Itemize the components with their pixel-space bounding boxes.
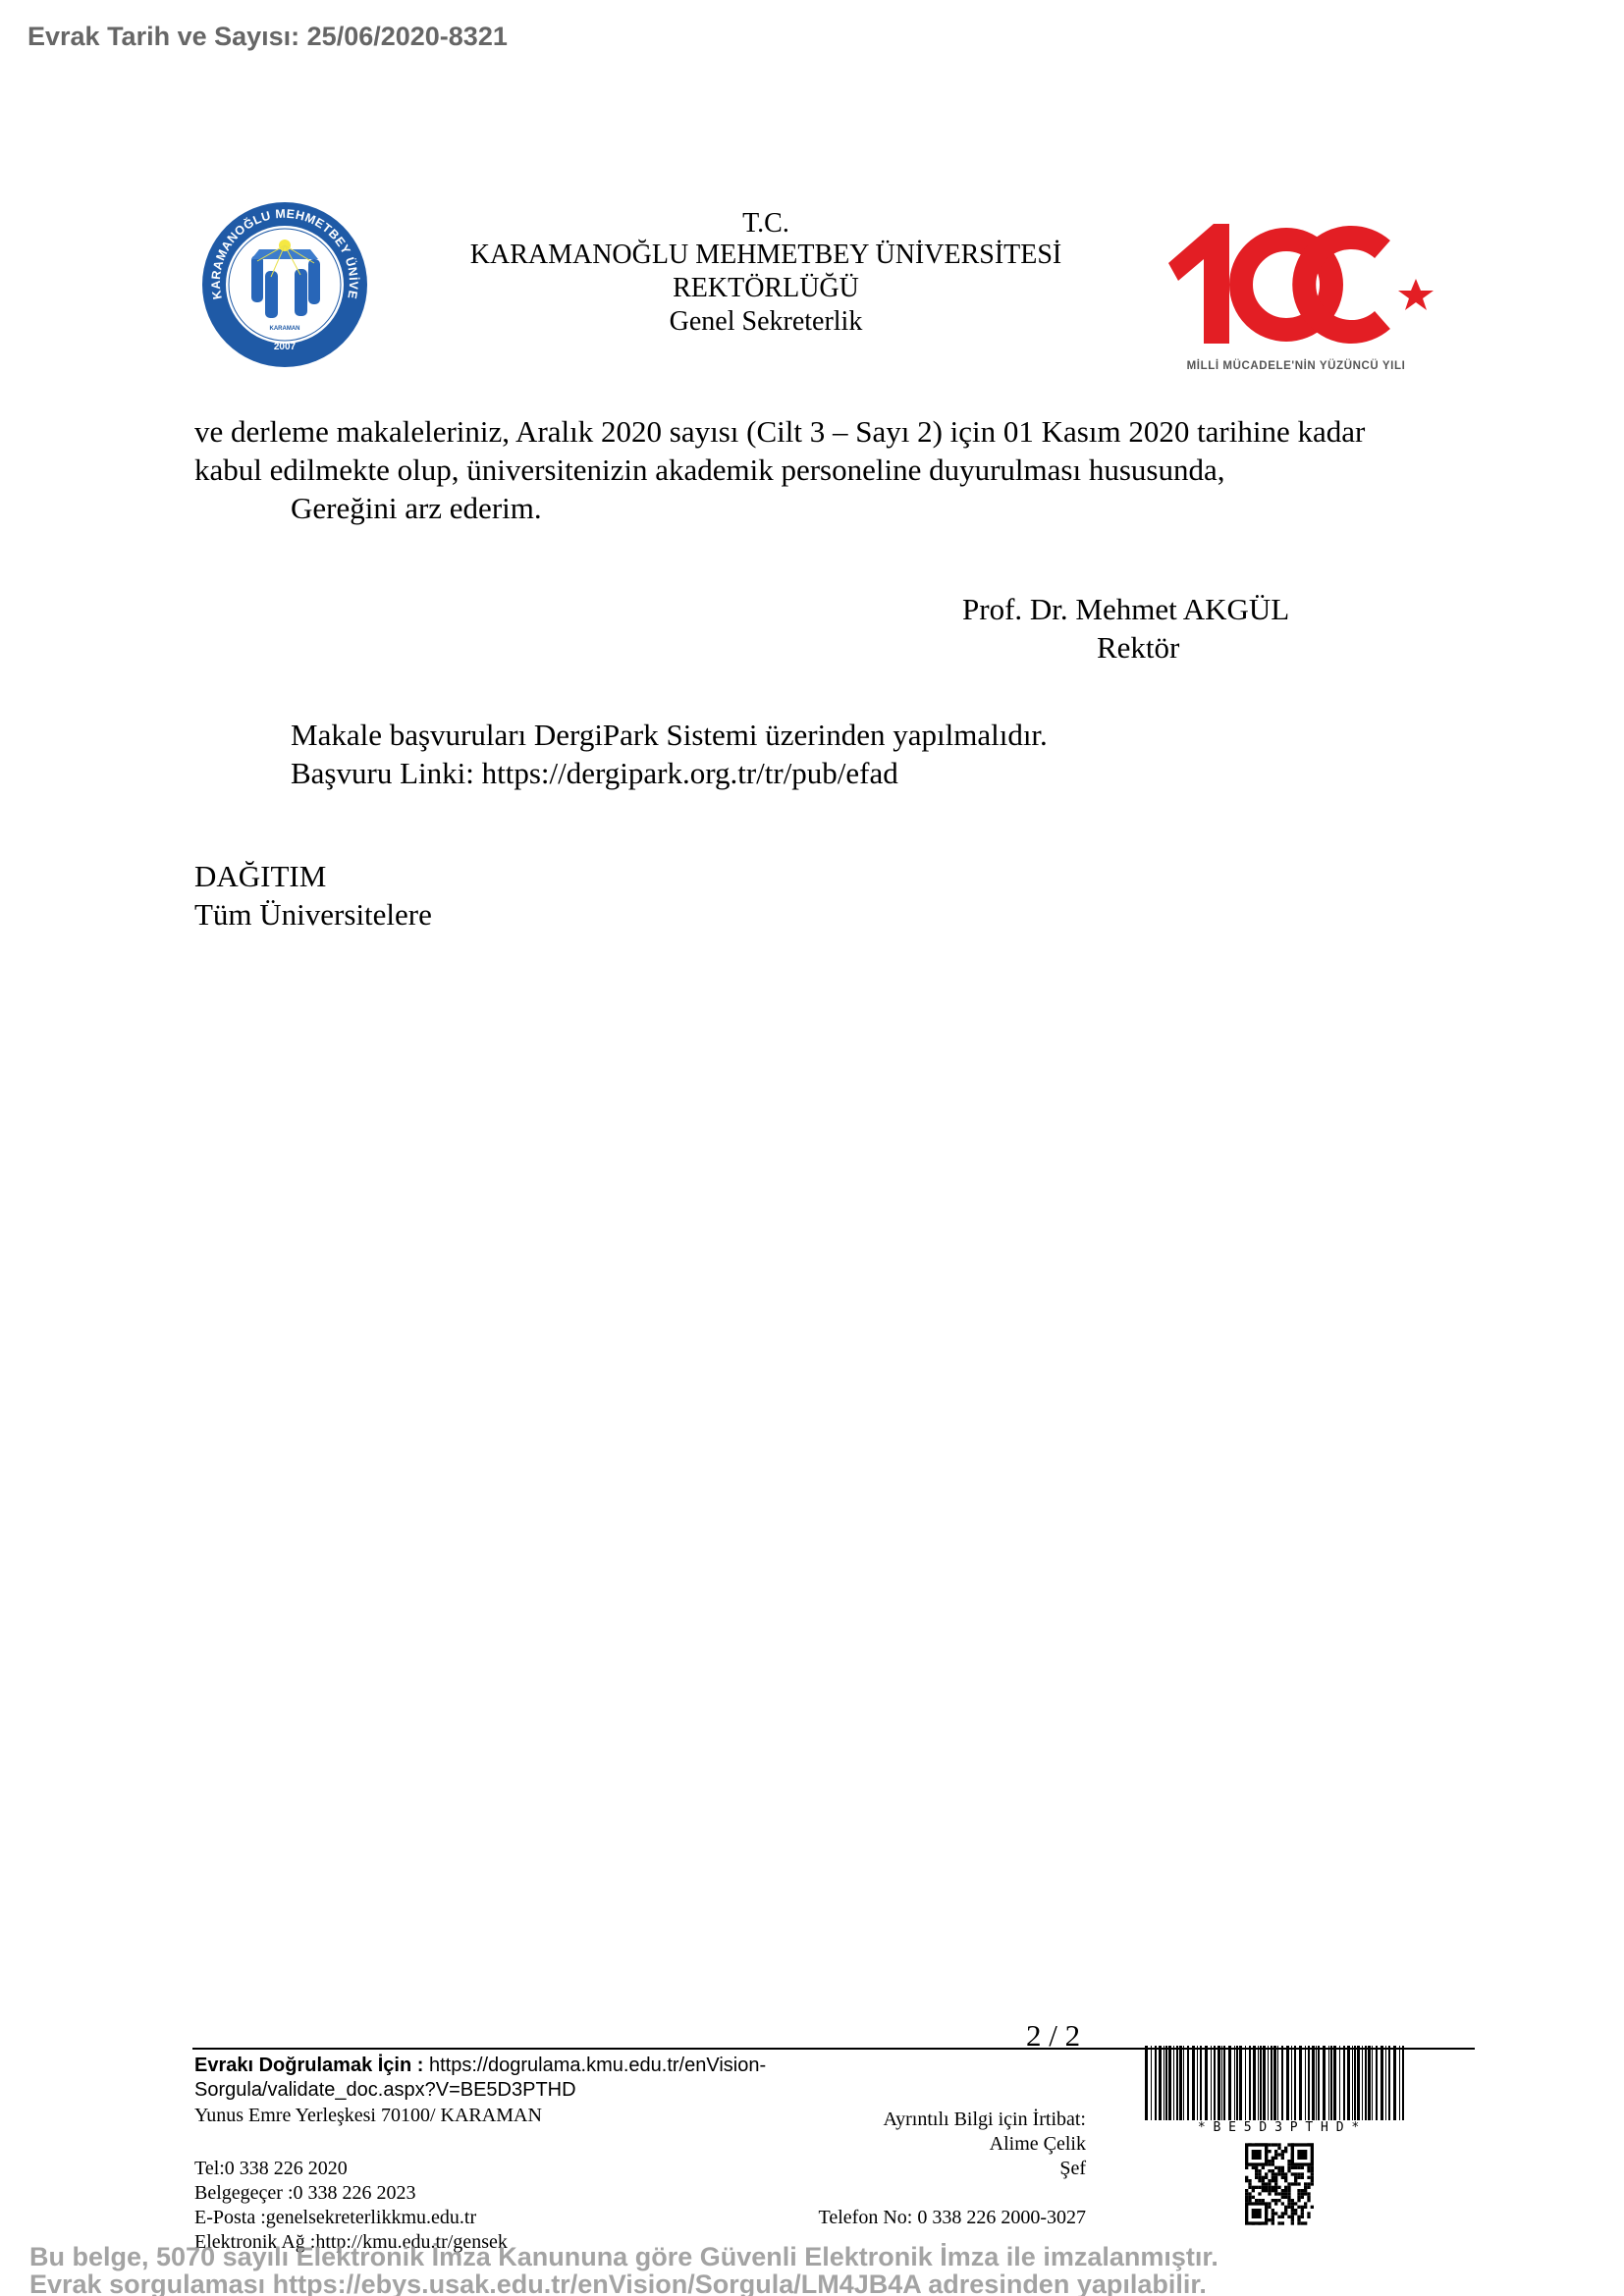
closing-phrase: Gereğini arz ederim.	[291, 489, 542, 527]
telephone: Tel:0 338 226 2020	[194, 2157, 348, 2181]
document-date-number-stamp: Evrak Tarih ve Sayısı: 25/06/2020-8321	[27, 22, 508, 52]
contact-label: Ayrıntılı Bilgi için İrtibat:	[687, 2108, 1086, 2132]
qr-code-icon	[1245, 2143, 1314, 2225]
document-query-notice[interactable]: Evrak sorgulaması https://ebys.usak.edu.…	[29, 2269, 1207, 2296]
contact-phone: Telefon No: 0 338 226 2000-3027	[687, 2206, 1086, 2230]
verify-url[interactable]: https://dogrulama.kmu.edu.tr/enVision-	[423, 2055, 766, 2076]
svg-text:2007: 2007	[274, 342, 297, 352]
distribution-list: Tüm Üniversitelere	[194, 895, 432, 934]
body-paragraph-line-1: ve derleme makaleleriniz, Aralık 2020 sa…	[194, 412, 1365, 451]
signatory-name: Prof. Dr. Mehmet AKGÜL	[962, 590, 1289, 628]
svg-text:MİLLİ MÜCADELE'NİN YÜZÜNCÜ YIL: MİLLİ MÜCADELE'NİN YÜZÜNCÜ YILI	[1187, 359, 1406, 372]
submission-note: Makale başvuruları DergiPark Sistemi üze…	[291, 716, 1048, 754]
body-paragraph-line-2: kabul edilmekte olup, üniversitenizin ak…	[194, 451, 1224, 489]
address: Yunus Emre Yerleşkesi 70100/ KARAMAN	[194, 2104, 542, 2128]
verify-line-1: Evrakı Doğrulamak İçin : https://dogrula…	[194, 2055, 766, 2077]
submission-link[interactable]: Başvuru Linki: https://dergipark.org.tr/…	[291, 754, 898, 792]
signatory-title: Rektör	[1097, 628, 1179, 667]
e-signature-notice: Bu belge, 5070 sayılı Elektronik İmza Ka…	[29, 2242, 1218, 2272]
contact-role: Şef	[687, 2157, 1086, 2181]
fax: Belgegeçer :0 338 226 2023	[194, 2181, 416, 2206]
contact-name: Alime Çelik	[687, 2132, 1086, 2157]
email: E-Posta :genelsekreterlikkmu.edu.tr	[194, 2206, 476, 2230]
centenary-100-icon: MİLLİ MÜCADELE'NİN YÜZÜNCÜ YILI	[1159, 220, 1443, 379]
distribution-heading: DAĞITIM	[194, 857, 326, 895]
verify-url-line-2[interactable]: Sorgula/validate_doc.aspx?V=BE5D3PTHD	[194, 2079, 576, 2102]
barcode-icon	[1143, 2046, 1408, 2122]
barcode-text: * B E 5 D 3 P T H D *	[1147, 2120, 1410, 2135]
verify-label: Evrakı Doğrulamak İçin :	[194, 2055, 423, 2076]
